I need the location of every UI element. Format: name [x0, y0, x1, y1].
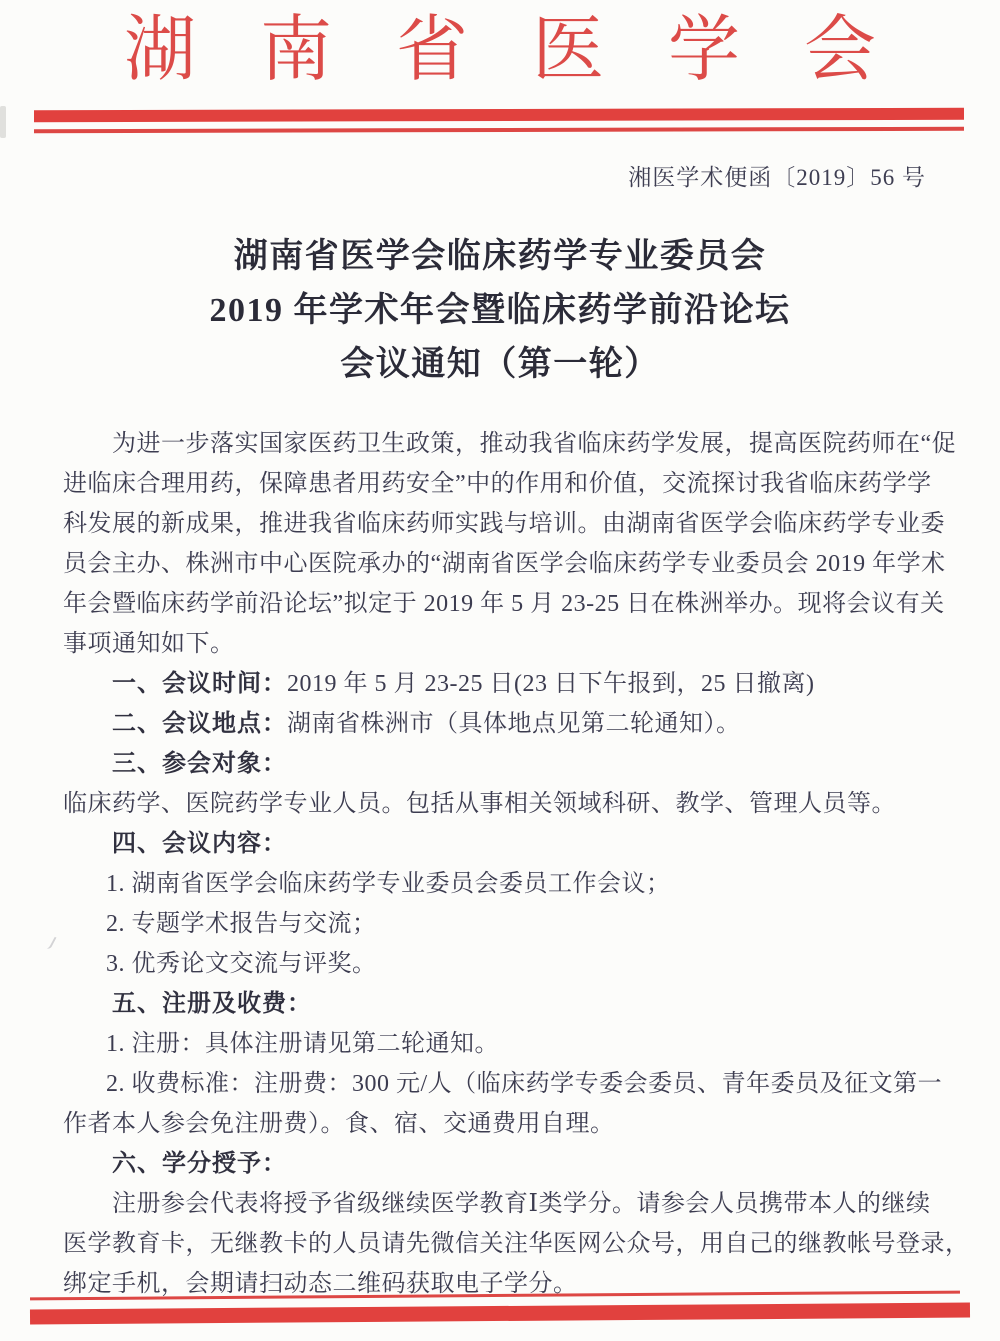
title-line-1: 湖南省医学会临床药学专业委员会: [0, 230, 1000, 284]
title-line-2: 2019 年学术年会暨临床药学前沿论坛: [0, 284, 1000, 338]
intro-line-6: 事项通知如下。: [63, 624, 938, 664]
participants-line: 临床药学、医院药学专业人员。包括从事相关领域科研、教学、管理人员等。: [63, 784, 938, 824]
section-meeting-time: 一、会议时间：2019 年 5 月 23-25 日(23 日下午报到，25 日撤…: [63, 664, 938, 704]
scan-edge-smudge: [0, 106, 6, 138]
registration-item-2-continued: 作者本人参会免注册费）。食、宿、交通费用自理。: [63, 1104, 938, 1144]
scanned-notice-page: 湖南省医学会 湘医学术便函〔2019〕56 号 湖南省医学会临床药学专业委员会 …: [0, 0, 1000, 1341]
section-5-heading: 五、注册及收费：: [112, 990, 312, 1017]
intro-line-5: 年会暨临床药学前沿论坛”拟定于 2019 年 5 月 23-25 日在株洲举办。…: [63, 584, 938, 624]
intro-line-3: 科发展的新成果，推进我省临床药师实践与培训。由湖南省医学会临床药学专业委: [63, 504, 938, 544]
content-item-3: 3. 优秀论文交流与评奖。: [63, 944, 938, 984]
section-4-heading: 四、会议内容：: [112, 830, 287, 857]
credits-line-2: 医学教育卡，无继教卡的人员请先微信关注华医网公众号，用自己的继教帐号登录，: [63, 1224, 938, 1264]
section-participants-heading: 三、参会对象：: [63, 744, 938, 784]
content-item-1: 1. 湖南省医学会临床药学专业委员会委员工作会议；: [63, 864, 938, 904]
document-number: 湘医学术便函〔2019〕56 号: [628, 163, 926, 193]
section-6-heading: 六、学分授予：: [112, 1150, 287, 1177]
content-item-2: 2. 专题学术报告与交流；: [63, 904, 938, 944]
section-3-heading: 三、参会对象：: [112, 750, 287, 777]
top-rule-thick: [34, 108, 964, 122]
intro-line-1: 为进一步落实国家医药卫生政策，推动我省临床药学发展，提高医院药师在“促: [63, 424, 938, 464]
document-title: 湖南省医学会临床药学专业委员会 2019 年学术年会暨临床药学前沿论坛 会议通知…: [0, 230, 1000, 392]
intro-line-4: 员会主办、株洲市中心医院承办的“湖南省医学会临床药学专业委员会 2019 年学术: [63, 544, 938, 584]
section-2-heading: 二、会议地点：: [112, 710, 287, 737]
credits-line-1: 注册参会代表将授予省级继续医学教育Ⅰ类学分。请参会人员携带本人的继续: [63, 1184, 938, 1224]
notice-body: 为进一步落实国家医药卫生政策，推动我省临床药学发展，提高医院药师在“促 进临床合…: [63, 424, 938, 1304]
registration-item-1: 1. 注册：具体注册请见第二轮通知。: [63, 1024, 938, 1064]
section-content-heading: 四、会议内容：: [63, 824, 938, 864]
scan-stray-mark: [39, 932, 56, 950]
org-name-masthead: 湖南省医学会: [0, 4, 1000, 96]
intro-line-2: 进临床合理用药，保障患者用药安全”中的作用和价值，交流探讨我省临床药学学: [63, 464, 938, 504]
section-registration-heading: 五、注册及收费：: [63, 984, 938, 1024]
section-credits-heading: 六、学分授予：: [63, 1144, 938, 1184]
section-1-heading: 一、会议时间：: [112, 670, 287, 697]
bottom-rule-thick: [30, 1303, 970, 1325]
registration-item-2: 2. 收费标准：注册费：300 元/人（临床药学专委会委员、青年委员及征文第一: [63, 1064, 938, 1104]
section-meeting-location: 二、会议地点：湖南省株洲市（具体地点见第二轮通知）。: [63, 704, 938, 744]
top-rule-thin: [34, 127, 964, 133]
title-line-3: 会议通知（第一轮）: [0, 338, 1000, 392]
